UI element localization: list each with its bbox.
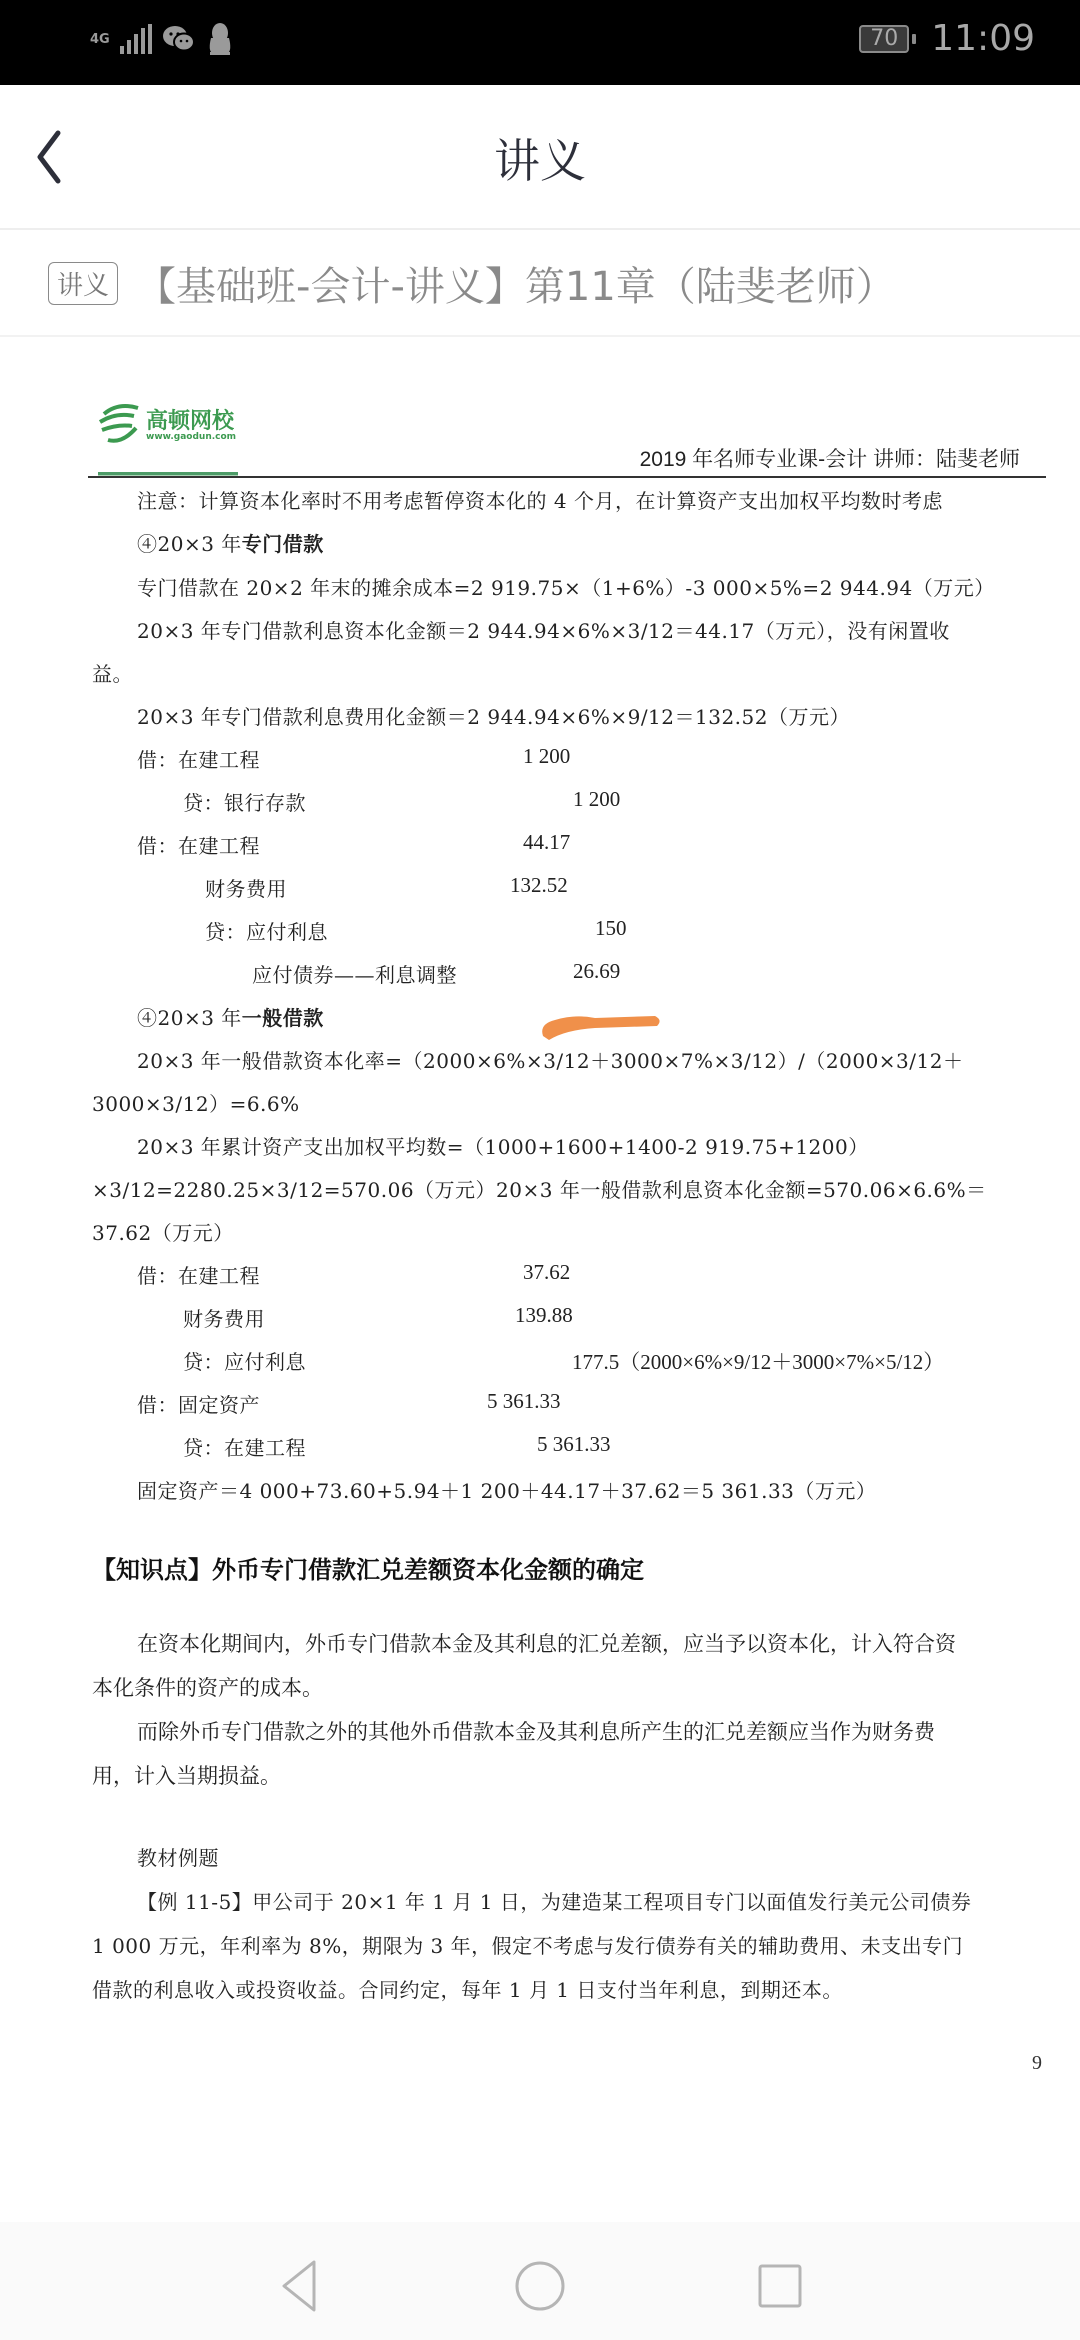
capitalized-amount-text-cont: 益。 [92, 658, 133, 687]
network-type: 4G [90, 33, 110, 46]
weighted-average-text: 20×3 年累计资产支出加权平均数=（1000+1600+1400-2 919.… [137, 1131, 869, 1160]
nav-back-button[interactable] [270, 2258, 330, 2314]
journal-row: 借：在建工程 [137, 1260, 260, 1289]
example-label: 教材例题 [137, 1842, 219, 1871]
journal-amount: 177.5（2000×6%×9/12＋3000×7%×5/12） [572, 1346, 944, 1376]
expensed-amount-text: 20×3 年专门借款利息费用化金额＝2 944.94×6%×9/12＝132.5… [137, 701, 850, 730]
heading-bold: 一般借款 [242, 1006, 324, 1030]
weighted-average-text-end: 37.62（万元） [92, 1217, 234, 1246]
journal-row: 应付债券——利息调整 [252, 959, 457, 988]
section-heading-general: ④20×3 年一般借款 [137, 1002, 324, 1031]
paragraph: 在资本化期间内，外币专门借款本金及其利息的汇兑差额，应当予以资本化，计入符合资 [137, 1628, 956, 1658]
example-text-end: 借款的利息收入或投资收益。合同约定，每年 1 月 1 日支付当年利息，到期还本。 [92, 1974, 843, 2003]
journal-row: 贷：在建工程 [183, 1432, 306, 1461]
status-icons-left: 4G [90, 22, 234, 56]
status-bar: 4G 70 11:09 [0, 0, 1080, 85]
logo-swirl-icon [98, 400, 144, 450]
example-text-cont: 1 000 万元，年利率为 8%，期限为 3 年，假定不考虑与发行债券有关的辅助… [92, 1930, 963, 1959]
document-header: 高顿网校 www.gaodun.com 2019 年名师专业课-会计 讲师：陆斐… [88, 400, 1048, 480]
page-title: 讲义 [0, 125, 1080, 191]
status-icons-right: 70 11:09 [859, 18, 1035, 59]
journal-row: 财务费用 [205, 873, 287, 902]
note-text: 注意：计算资本化率时不用考虑暂停资本化的 4 个月，在计算资产支出加权平均数时考… [137, 485, 943, 514]
logo-url: www.gaodun.com [146, 432, 236, 442]
journal-amount: 26.69 [573, 959, 620, 984]
journal-row: 贷：银行存款 [183, 787, 306, 816]
qq-icon [206, 22, 234, 56]
gaodun-logo: 高顿网校 www.gaodun.com [98, 400, 248, 462]
paragraph: 而除外币专门借款之外的其他外币借款本金及其利息所产生的汇兑差额应当作为财务费 [137, 1716, 935, 1746]
capitalization-rate-text-cont: 3000×3/12）=6.6% [92, 1088, 300, 1117]
system-nav-bar [0, 2222, 1080, 2340]
weighted-average-text-cont: ×3/12=2280.25×3/12=570.06（万元）20×3 年一般借款利… [92, 1174, 987, 1203]
clock: 11:09 [931, 18, 1035, 59]
journal-row: 借：在建工程 [137, 744, 260, 773]
knowledge-point-title: 【知识点】外币专门借款汇兑差额资本化金额的确定 [92, 1550, 644, 1585]
amortized-cost-text: 专门借款在 20×2 年末的摊余成本=2 919.75×（1+6%）-3 000… [137, 572, 995, 601]
wechat-icon [162, 24, 196, 54]
section-heading-special: ④20×3 年专门借款 [137, 528, 324, 557]
battery-icon: 70 [859, 25, 909, 53]
heading-bold: 专门借款 [242, 532, 324, 556]
app-header: 讲义 [0, 85, 1080, 230]
header-divider [88, 476, 1046, 478]
document-title-row: 讲义 【基础班-会计-讲义】第11章（陆斐老师） [0, 232, 1080, 337]
journal-amount: 5 361.33 [487, 1389, 561, 1414]
recents-square-icon [755, 2261, 805, 2311]
page-number: 9 [1032, 2052, 1042, 2075]
heading-prefix: ④20×3 年 [137, 532, 242, 556]
journal-amount: 5 361.33 [537, 1432, 611, 1457]
document-page[interactable]: 高顿网校 www.gaodun.com 2019 年名师专业课-会计 讲师：陆斐… [0, 340, 1080, 2220]
journal-row: 借：固定资产 [137, 1389, 260, 1418]
network-label: 4G [90, 33, 110, 46]
journal-amount: 44.17 [523, 830, 570, 855]
journal-amount: 150 [595, 916, 627, 941]
fixed-asset-total: 固定资产＝4 000+73.60+5.94＋1 200＋44.17＋37.62＝… [137, 1475, 876, 1504]
example-text: 【例 11-5】甲公司于 20×1 年 1 月 1 日，为建造某工程项目专门以面… [137, 1886, 971, 1915]
signal-icon [120, 24, 152, 54]
paragraph-cont: 用，计入当期损益。 [92, 1760, 281, 1790]
journal-row: 财务费用 [183, 1303, 265, 1332]
back-triangle-icon [280, 2259, 320, 2313]
category-tag: 讲义 [48, 262, 118, 305]
journal-row: 贷：应付利息 [205, 916, 328, 945]
paragraph-cont: 本化条件的资产的成本。 [92, 1672, 323, 1702]
logo-name: 高顿网校 [146, 404, 234, 435]
journal-row: 贷：应付利息 [183, 1346, 306, 1375]
journal-amount: 1 200 [523, 744, 570, 769]
journal-amount: 37.62 [523, 1260, 570, 1285]
document-subtitle: 2019 年名师专业课-会计 讲师：陆斐老师 [640, 443, 1020, 473]
document-title: 【基础班-会计-讲义】第11章（陆斐老师） [136, 255, 896, 312]
journal-row: 借：在建工程 [137, 830, 260, 859]
nav-recents-button[interactable] [750, 2258, 810, 2314]
capitalized-amount-text: 20×3 年专门借款利息资本化金额＝2 944.94×6%×3/12＝44.17… [137, 615, 950, 644]
journal-amount: 139.88 [515, 1303, 573, 1328]
home-circle-icon [512, 2258, 568, 2314]
journal-amount: 132.52 [510, 873, 568, 898]
journal-amount: 1 200 [573, 787, 620, 812]
nav-home-button[interactable] [510, 2258, 570, 2314]
capitalization-rate-text: 20×3 年一般借款资本化率=（2000×6%×3/12＋3000×7%×3/1… [137, 1045, 963, 1074]
heading-prefix: ④20×3 年 [137, 1006, 242, 1030]
orange-highlight-mark [535, 1012, 665, 1042]
